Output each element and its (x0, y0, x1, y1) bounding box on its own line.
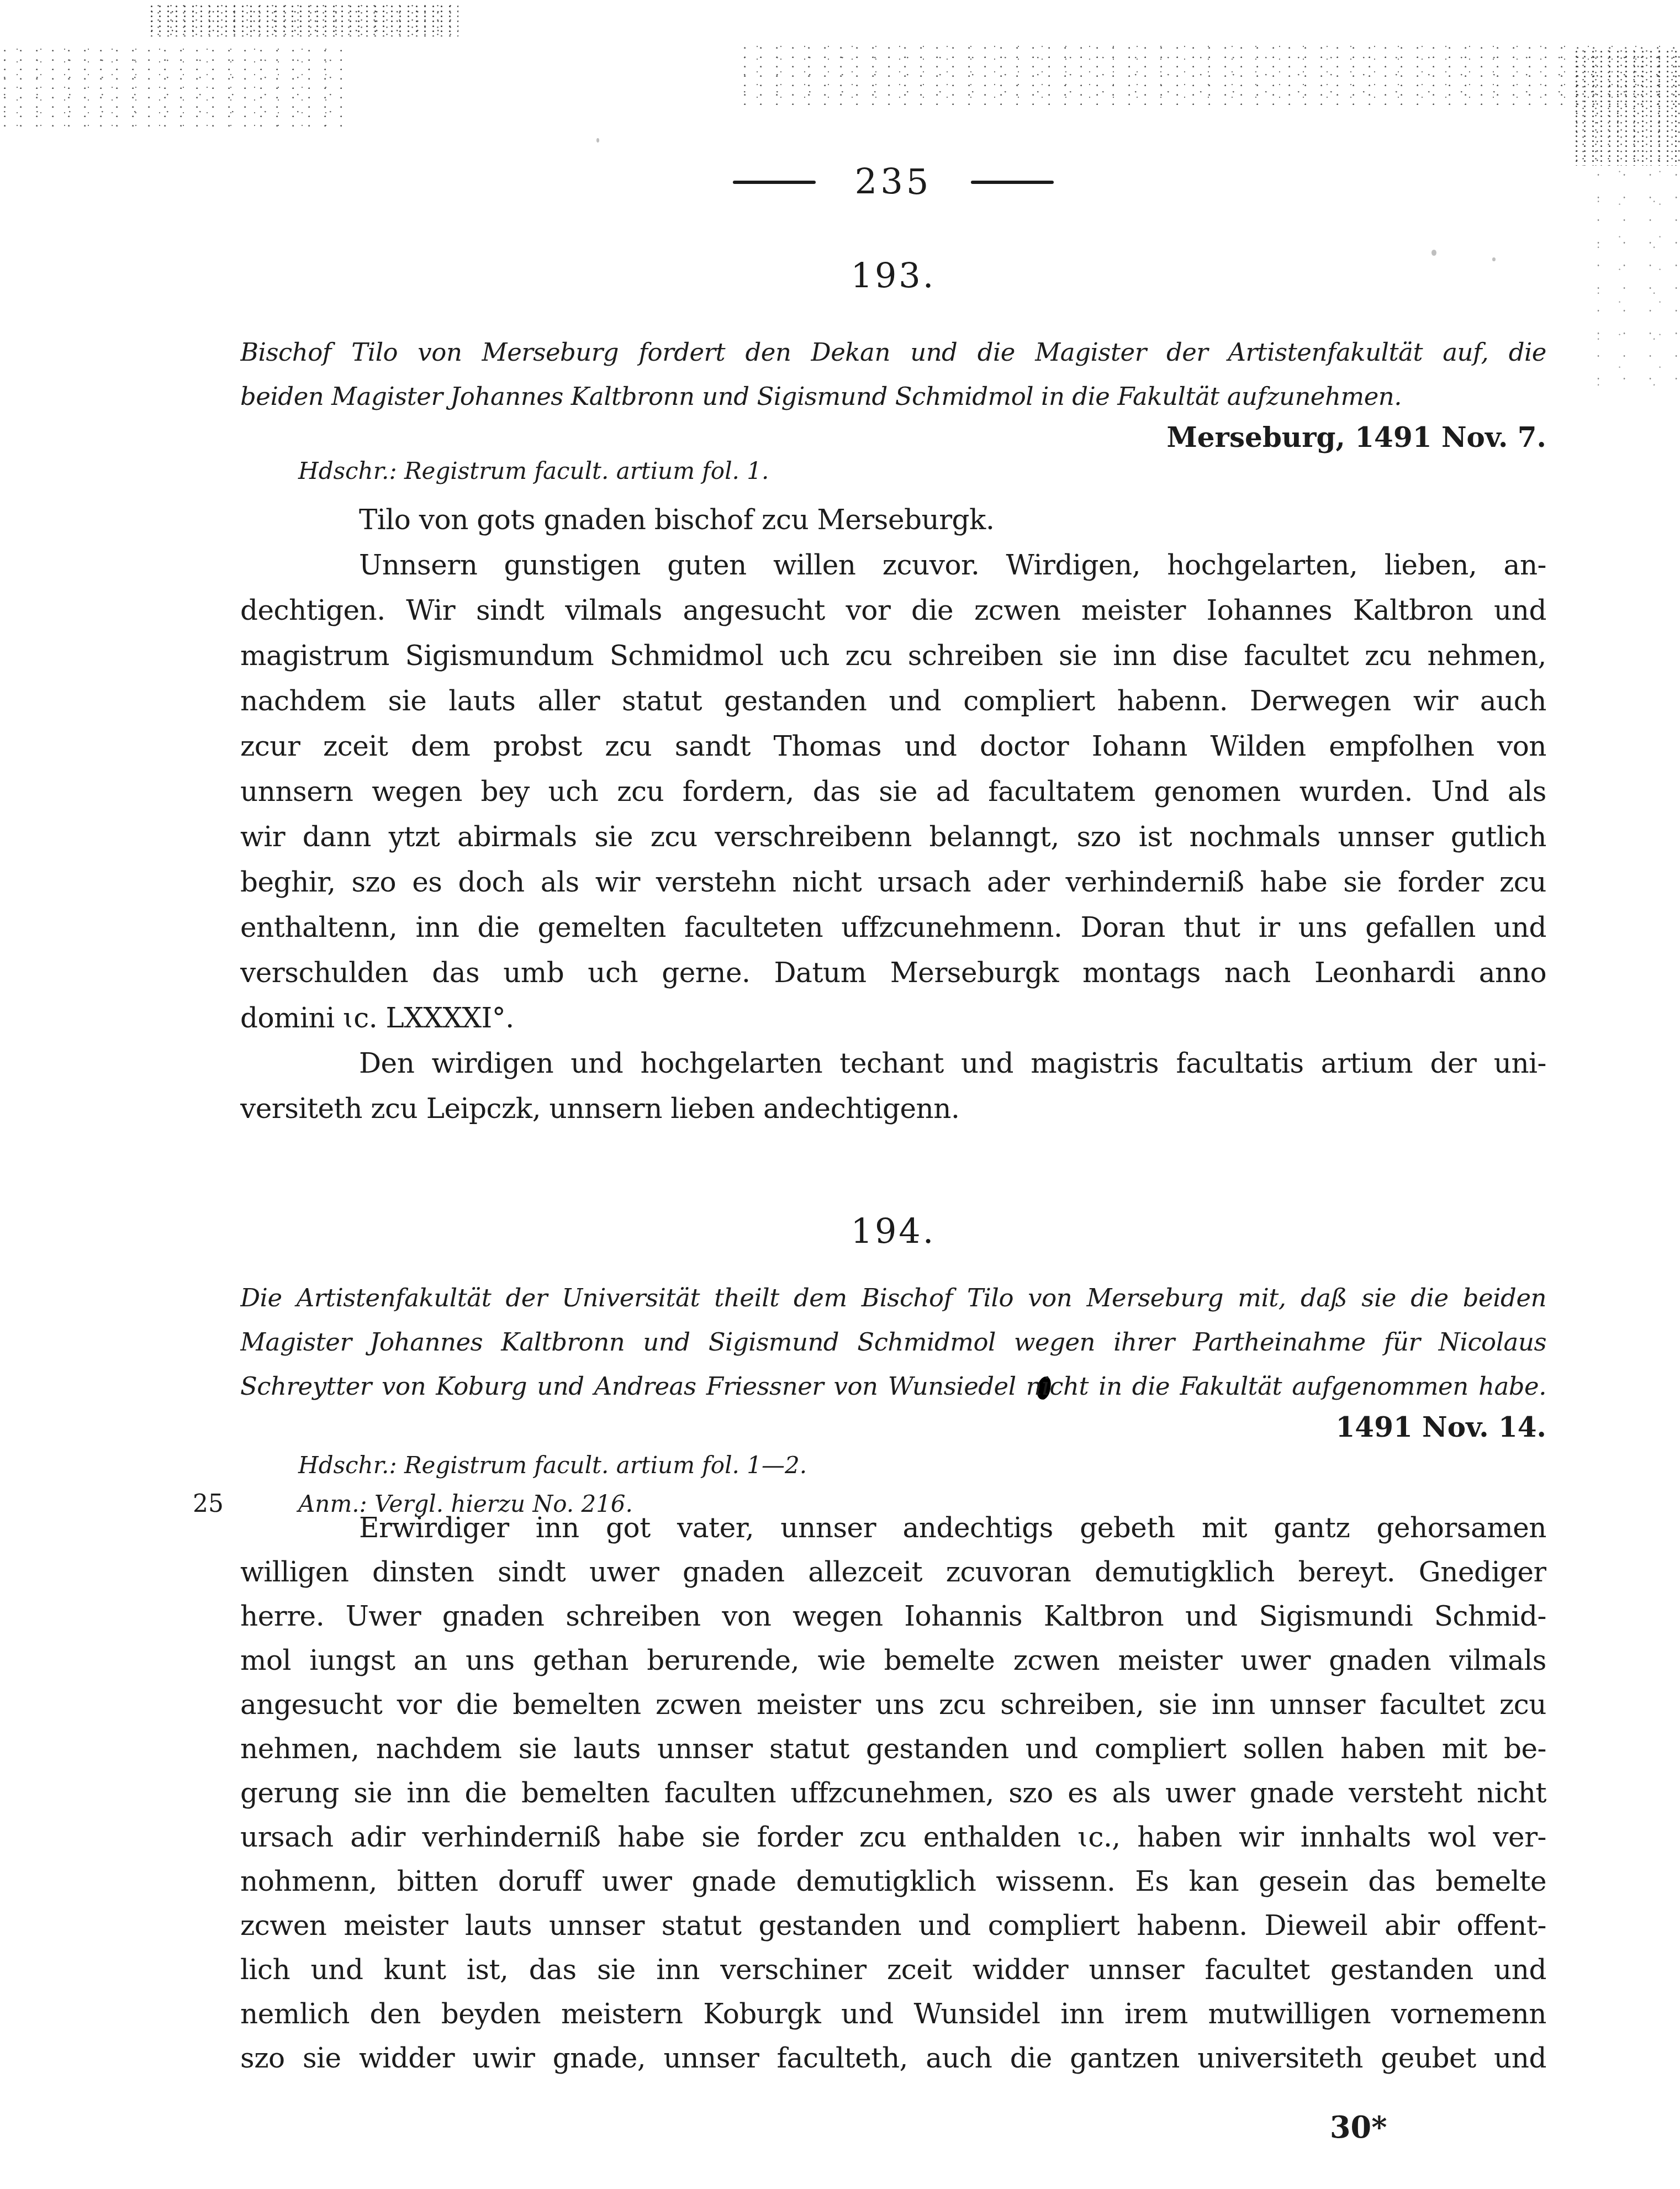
text-line: Schreytter von Koburg und Andreas Friess… (240, 1364, 1546, 1409)
source-note-text: Hdschr.: Registrum facult. artium fol. 1… (298, 457, 769, 484)
document-194-number: 194. (240, 1214, 1546, 1248)
text-line: wir dann ytzt abirmals sie zcu verschrei… (240, 814, 1546, 859)
document-194-summary: 20Die Artistenfakultät der Universität t… (240, 1276, 1546, 1409)
text-line: willigen dinsten sindt uwer gnaden allez… (240, 1550, 1546, 1594)
scan-speck (1431, 250, 1436, 256)
header-rule-right (971, 181, 1054, 184)
line-text: Magister Johannes Kaltbronn und Sigismun… (240, 1327, 1546, 1357)
scan-noise-band (0, 47, 342, 127)
line-text: Tilo von gots gnaden bischof zcu Mersebu… (359, 504, 994, 536)
scan-speck (596, 138, 599, 143)
line-text: beiden Magister Johannes Kaltbronn und S… (240, 382, 1402, 411)
line-text: magistrum Sigismundum Schmidmol uch zcu … (240, 640, 1546, 672)
document-193-summary: Bischof Tilo von Merseburg fordert den D… (240, 330, 1546, 419)
text-line: Unnsern gunstigen guten willen zcuvor. W… (240, 542, 1546, 588)
text-line: mol iungst an uns gethan berurende, wie … (240, 1638, 1546, 1682)
line-text: Bischof Tilo von Merseburg fordert den D… (240, 337, 1546, 367)
page-number: 235 (854, 165, 932, 200)
line-text: szo sie widder uwir gnade, unnser facult… (240, 2042, 1546, 2074)
text-line: magistrum Sigismundum Schmidmol uch zcu … (240, 633, 1546, 678)
text-line: 30angesucht vor die bemelten zcwen meist… (240, 1682, 1546, 1727)
line-text: lich und kunt ist, das sie inn verschine… (240, 1954, 1546, 1986)
text-line: Erwirdiger inn got vater, unnser andecht… (240, 1506, 1546, 1550)
document-193-dateline: Merseburg, 1491 Nov. 7. (240, 422, 1546, 452)
line-text: ursach adir verhinderniß habe sie forder… (240, 1821, 1546, 1853)
text-line: szo sie widder uwir gnade, unnser facult… (240, 2036, 1546, 2080)
line-text: beghir, szo es doch als wir verstehn nic… (240, 866, 1546, 898)
text-line: beiden Magister Johannes Kaltbronn und S… (240, 374, 1546, 419)
text-line: Magister Johannes Kaltbronn und Sigismun… (240, 1320, 1546, 1364)
text-line: 10zcur zceit dem probst zcu sandt Thomas… (240, 724, 1546, 769)
scanned-page: 235 193. Bischof Tilo von Merseburg ford… (0, 0, 1680, 2189)
line-text: zcwen meister lauts unnser statut gestan… (240, 1910, 1546, 1942)
line-text: Den wirdigen und hochgelarten techant un… (359, 1047, 1546, 1079)
text-line: Bischof Tilo von Merseburg fordert den D… (240, 330, 1546, 374)
text-line: versiteth zcu Leipczk, unnsern lieben an… (240, 1086, 1546, 1131)
text-line: nemlich den beyden meistern Koburgk und … (240, 1992, 1546, 2036)
header-rule-left (733, 181, 816, 184)
line-text: Unnsern gunstigen guten willen zcuvor. W… (359, 549, 1546, 581)
line-text: versiteth zcu Leipczk, unnsern lieben an… (240, 1093, 959, 1125)
sheet-signature: 30* (1330, 2112, 1387, 2142)
text-line: lich und kunt ist, das sie inn verschine… (240, 1948, 1546, 1992)
text-line: gerung sie inn die bemelten faculten uff… (240, 1771, 1546, 1815)
line-text: Erwirdiger inn got vater, unnser andecht… (359, 1512, 1546, 1544)
scan-noise-band (149, 4, 458, 36)
text-line: Den wirdigen und hochgelarten techant un… (240, 1041, 1546, 1086)
line-text: nehmen, nachdem sie lauts unnser statut … (240, 1733, 1546, 1765)
line-text: domini ɩc. LXXXXI°. (240, 1002, 514, 1034)
text-line: herre. Uwer gnaden schreiben von wegen I… (240, 1594, 1546, 1638)
document-193-body: 5Tilo von gots gnaden bischof zcu Merseb… (240, 497, 1546, 1131)
text-line: 20Die Artistenfakultät der Universität t… (240, 1276, 1546, 1320)
line-text: nemlich den beyden meistern Koburgk und … (240, 1998, 1546, 2030)
margin-line-number: 25 (179, 1490, 224, 1518)
text-line: unnsern wegen bey uch zcu fordern, das s… (240, 769, 1546, 814)
text-line: nohmenn, bitten doruff uwer gnade demuti… (240, 1859, 1546, 1903)
scan-noise-band (1574, 50, 1680, 166)
line-text: willigen dinsten sindt uwer gnaden allez… (240, 1556, 1546, 1588)
line-text: herre. Uwer gnaden schreiben von wegen I… (240, 1600, 1546, 1632)
line-text: verschulden das umb uch gerne. Datum Mer… (240, 957, 1546, 989)
scan-noise-band (740, 44, 1680, 108)
line-text: Die Artistenfakultät der Universität the… (240, 1283, 1546, 1312)
document-193-number: 193. (240, 259, 1546, 293)
line-text: zcur zceit dem probst zcu sandt Thomas u… (240, 730, 1546, 762)
text-line: enthaltenn, inn die gemelten faculteten … (240, 905, 1546, 950)
line-text: nohmenn, bitten doruff uwer gnade demuti… (240, 1865, 1546, 1897)
line-text: Schreytter von Koburg und Andreas Friess… (240, 1372, 1546, 1401)
text-line: 5Tilo von gots gnaden bischof zcu Merseb… (240, 497, 1546, 542)
text-line: beghir, szo es doch als wir verstehn nic… (240, 859, 1546, 905)
text-line: nachdem sie lauts aller statut gestanden… (240, 678, 1546, 724)
document-194-source-note: Hdschr.: Registrum facult. artium fol. 1… (298, 1452, 1403, 1479)
document-194-body: Erwirdiger inn got vater, unnser andecht… (240, 1506, 1546, 2080)
scan-noise-band (1591, 166, 1680, 398)
text-line: ursach adir verhinderniß habe sie forder… (240, 1815, 1546, 1859)
line-text: dechtigen. Wir sindt vilmals angesucht v… (240, 594, 1546, 626)
line-text: enthaltenn, inn die gemelten faculteten … (240, 911, 1546, 943)
page-header: 235 (240, 165, 1546, 200)
text-line: dechtigen. Wir sindt vilmals angesucht v… (240, 588, 1546, 633)
line-text: angesucht vor die bemelten zcwen meister… (240, 1689, 1546, 1721)
line-text: gerung sie inn die bemelten faculten uff… (240, 1777, 1546, 1809)
line-text: mol iungst an uns gethan berurende, wie … (240, 1644, 1546, 1676)
text-line: nehmen, nachdem sie lauts unnser statut … (240, 1727, 1546, 1771)
line-text: wir dann ytzt abirmals sie zcu verschrei… (240, 821, 1546, 853)
document-194-dateline: 1491 Nov. 14. (240, 1412, 1546, 1442)
source-note-text: Hdschr.: Registrum facult. artium fol. 1… (298, 1452, 807, 1479)
text-line: domini ɩc. LXXXXI°. (240, 995, 1546, 1041)
text-line: 15verschulden das umb uch gerne. Datum M… (240, 950, 1546, 995)
document-193-source-note: Hdschr.: Registrum facult. artium fol. 1… (298, 457, 1403, 485)
text-line: 35zcwen meister lauts unnser statut gest… (240, 1903, 1546, 1948)
line-text: unnsern wegen bey uch zcu fordern, das s… (240, 776, 1546, 808)
line-text: nachdem sie lauts aller statut gestanden… (240, 685, 1546, 717)
